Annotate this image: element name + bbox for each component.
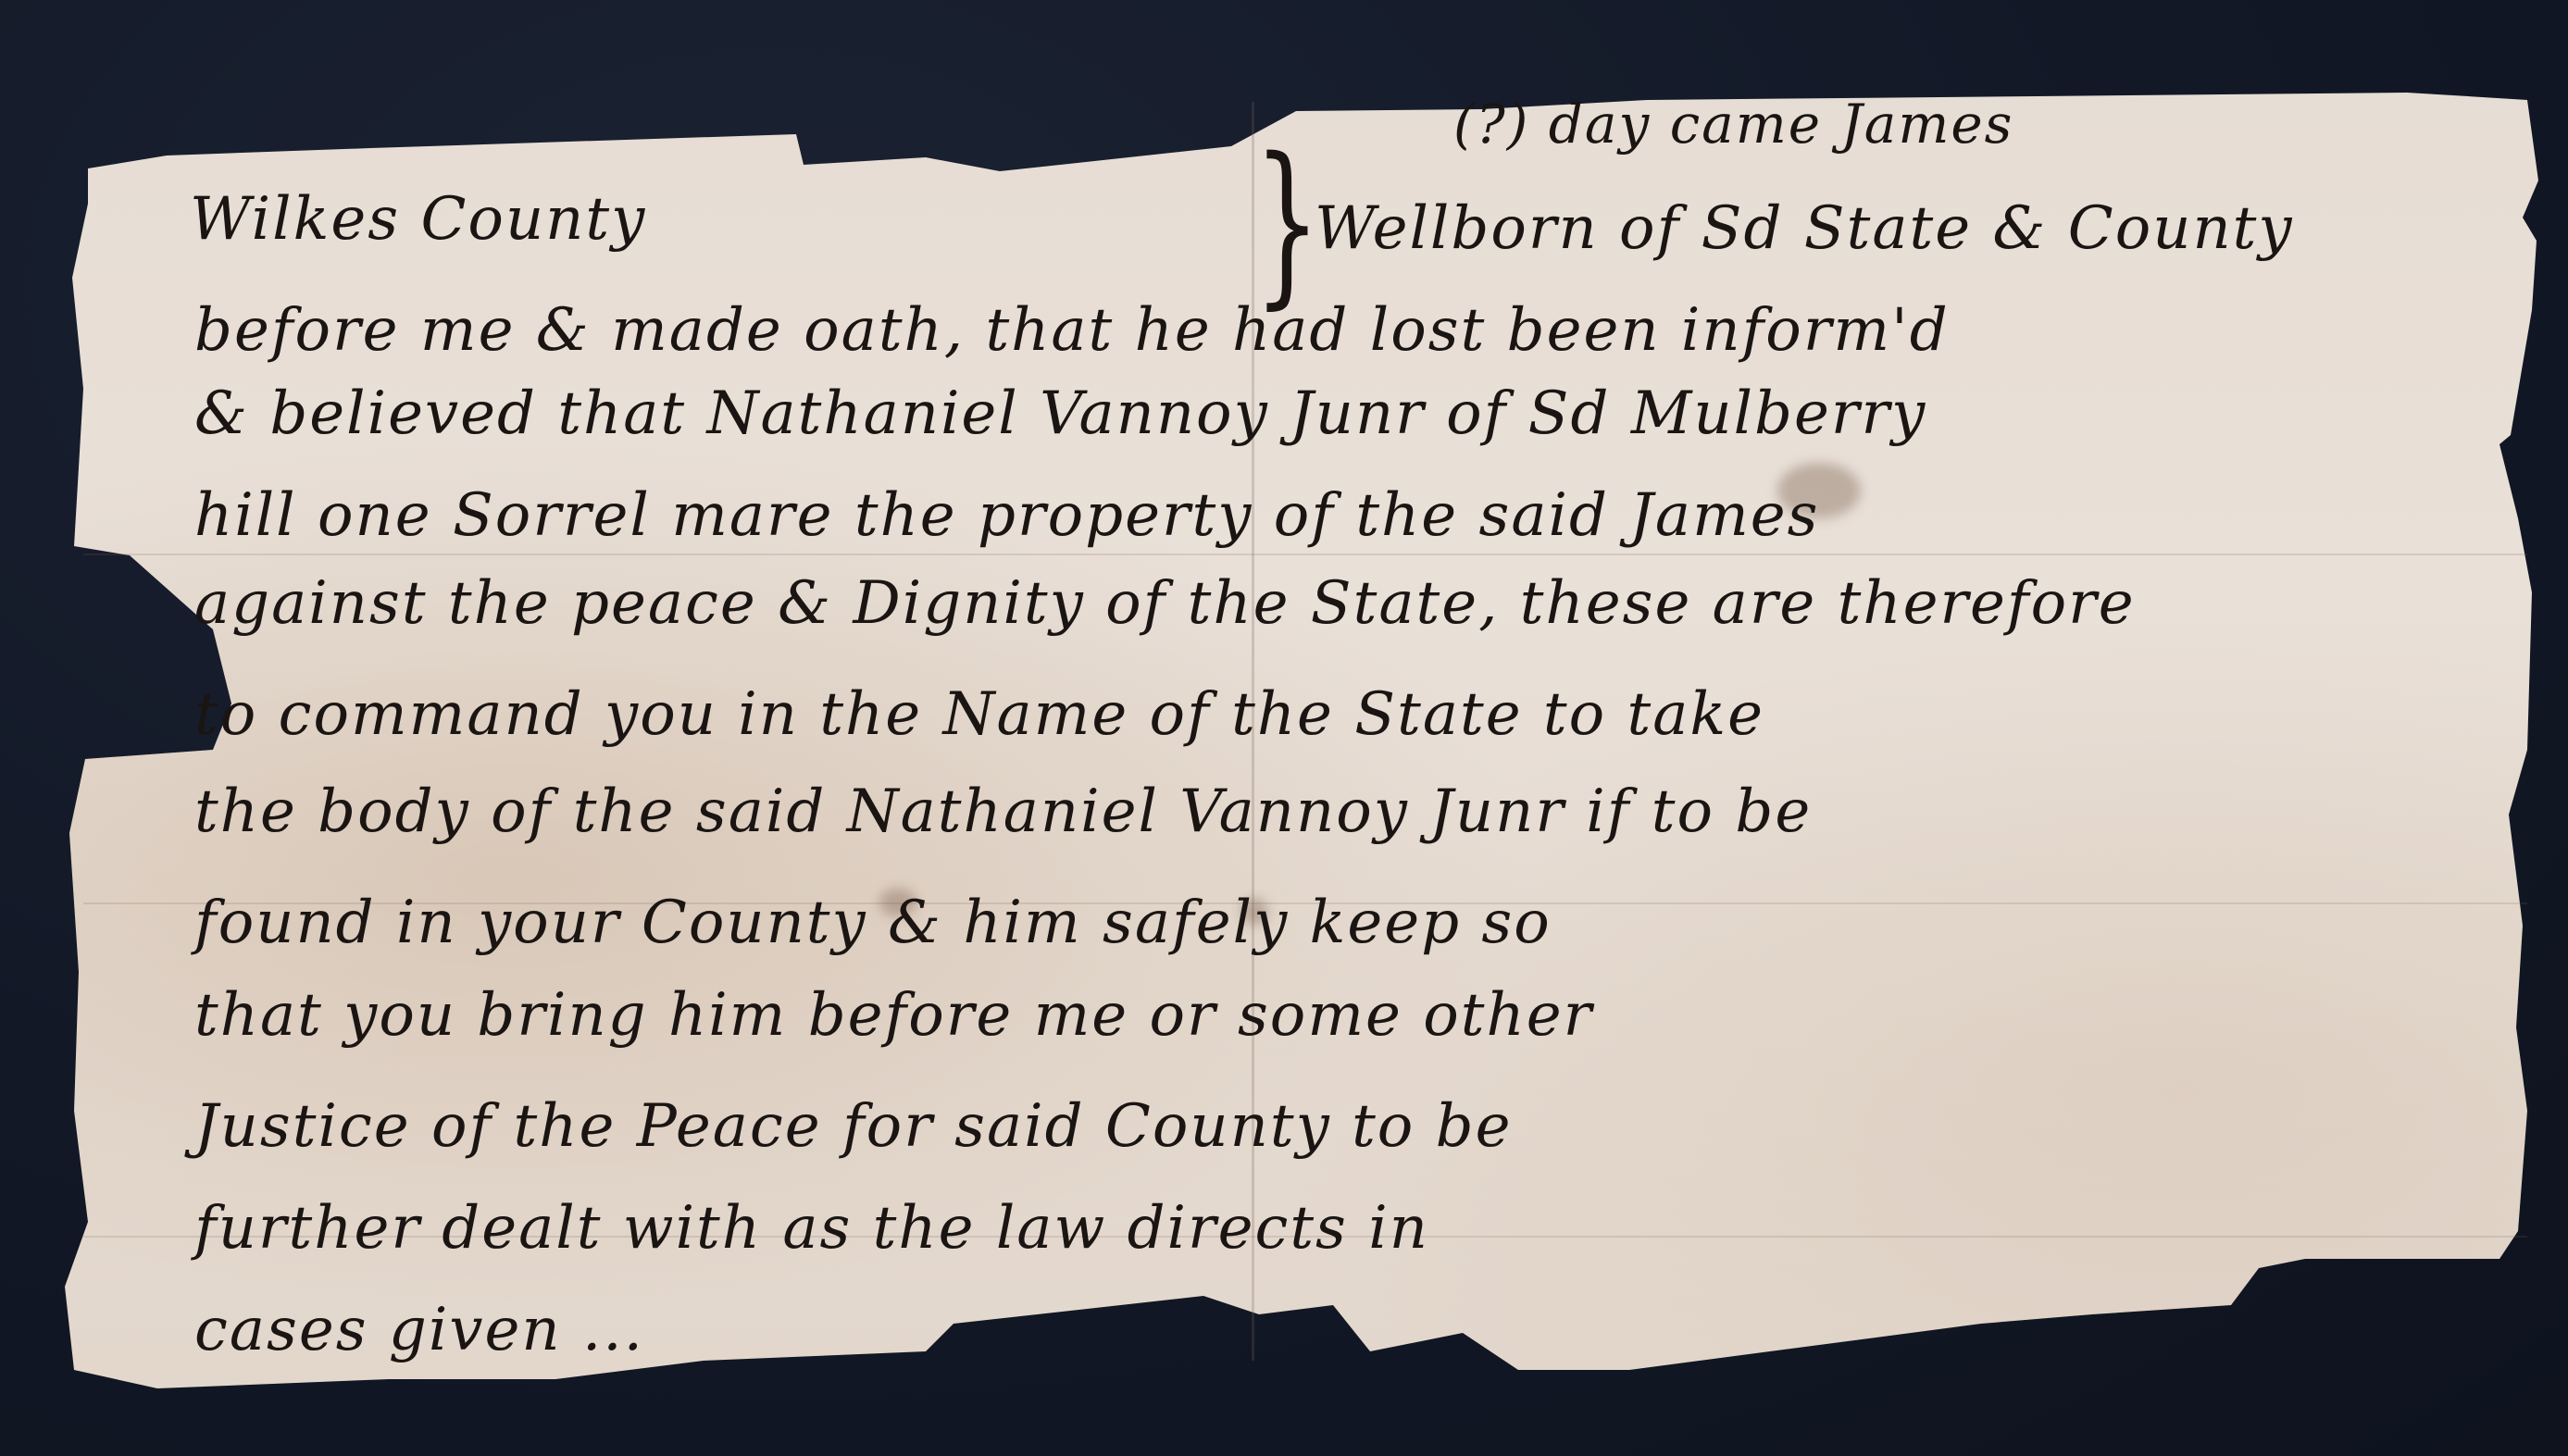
document-line-2: & believed that Nathaniel Vannoy Junr of… (194, 380, 1926, 448)
horizontal-fold-crease (83, 554, 2527, 555)
header-top-right: (?) day came James (1453, 93, 2013, 156)
document-line-6: the body of the said Nathaniel Vannoy Ju… (194, 778, 1812, 846)
document-line-3: hill one Sorrel mare the property of the… (194, 481, 1819, 550)
document-line-4: against the peace & Dignity of the State… (194, 569, 2136, 638)
county-label: Wilkes County (190, 185, 646, 254)
document-line-7: found in your County & him safely keep s… (194, 889, 1552, 957)
brace-symbol: } (1253, 120, 1321, 325)
document-line-9: Justice of the Peace for said County to … (194, 1092, 1513, 1161)
document-line-5: to command you in the Name of the State … (194, 680, 1764, 749)
document-line-8: that you bring him before me or some oth… (194, 981, 1593, 1050)
document-line-1: before me & made oath, that he had lost … (194, 296, 1950, 365)
document-line-11: cases given ... (194, 1296, 644, 1364)
document-line-10: further dealt with as the law directs in (194, 1194, 1429, 1263)
right-heading: Wellborn of Sd State & County (1315, 194, 2294, 263)
